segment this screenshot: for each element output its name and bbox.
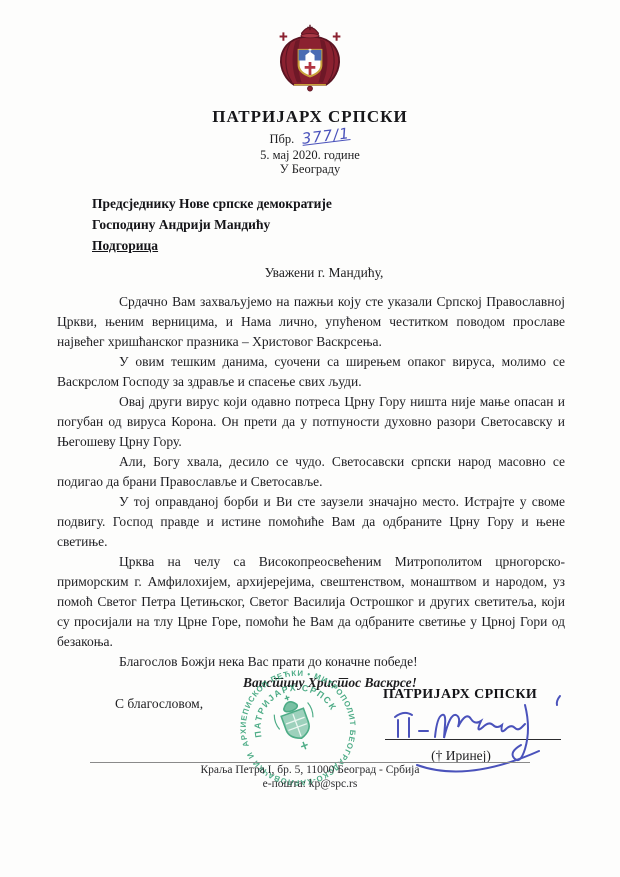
recipient-block: Предсједнику Нове српске демократије Гос… [92,193,620,256]
protocol-label: Пбр. [269,132,294,146]
recipient-city: Подгорица [92,235,620,256]
body-paragraph: У овим тешким данима, суочени са ширењем… [57,352,565,392]
signature-block: ПАТРИЈАРХ СРПСКИ († Иринеј) [381,687,565,764]
patriarchate-coat-of-arms-icon [268,24,352,100]
signature-title: ПАТРИЈАРХ СРПСКИ [381,687,565,703]
protocol-line: Пбр. 377/1 [0,130,620,148]
body-paragraph: Црква на челу са Високопреосвећеним Митр… [57,552,565,652]
footer-address: Краља Петра I, бр. 5, 11000 Београд - Ср… [0,763,620,777]
date-line: 5. мај 2020. године [0,148,620,162]
body-paragraph: Али, Богу хвала, десило се чудо. Светоса… [57,452,565,492]
footer-email: е-пошта: kp@spc.rs [0,777,620,791]
letterhead-title: ПАТРИЈАРХ СРПСКИ [0,107,620,127]
recipient-name: Господину Андрији Мандићу [92,214,620,235]
body-paragraph: Овај други вирус који одавно потреса Црн… [57,392,565,452]
body-paragraph: У тој оправданој борби и Ви сте заузели … [57,492,565,552]
signature-rule [385,739,561,740]
salutation: Уважени г. Мандићу, [14,265,620,281]
body-paragraph: Срдачно Вам захваљујемо на пажњи коју ст… [57,292,565,352]
letter-body: Срдачно Вам захваљујемо на пажњи коју ст… [57,292,565,672]
footer: Краља Петра I, бр. 5, 11000 Београд - Ср… [0,762,620,791]
recipient-position: Предсједнику Нове српске демократије [92,193,620,214]
letter-page: ПАТРИЈАРХ СРПСКИ Пбр. 377/1 5. мај 2020.… [0,0,620,877]
place-line: У Београду [0,162,620,176]
protocol-number-handwritten: 377/1 [301,125,351,148]
